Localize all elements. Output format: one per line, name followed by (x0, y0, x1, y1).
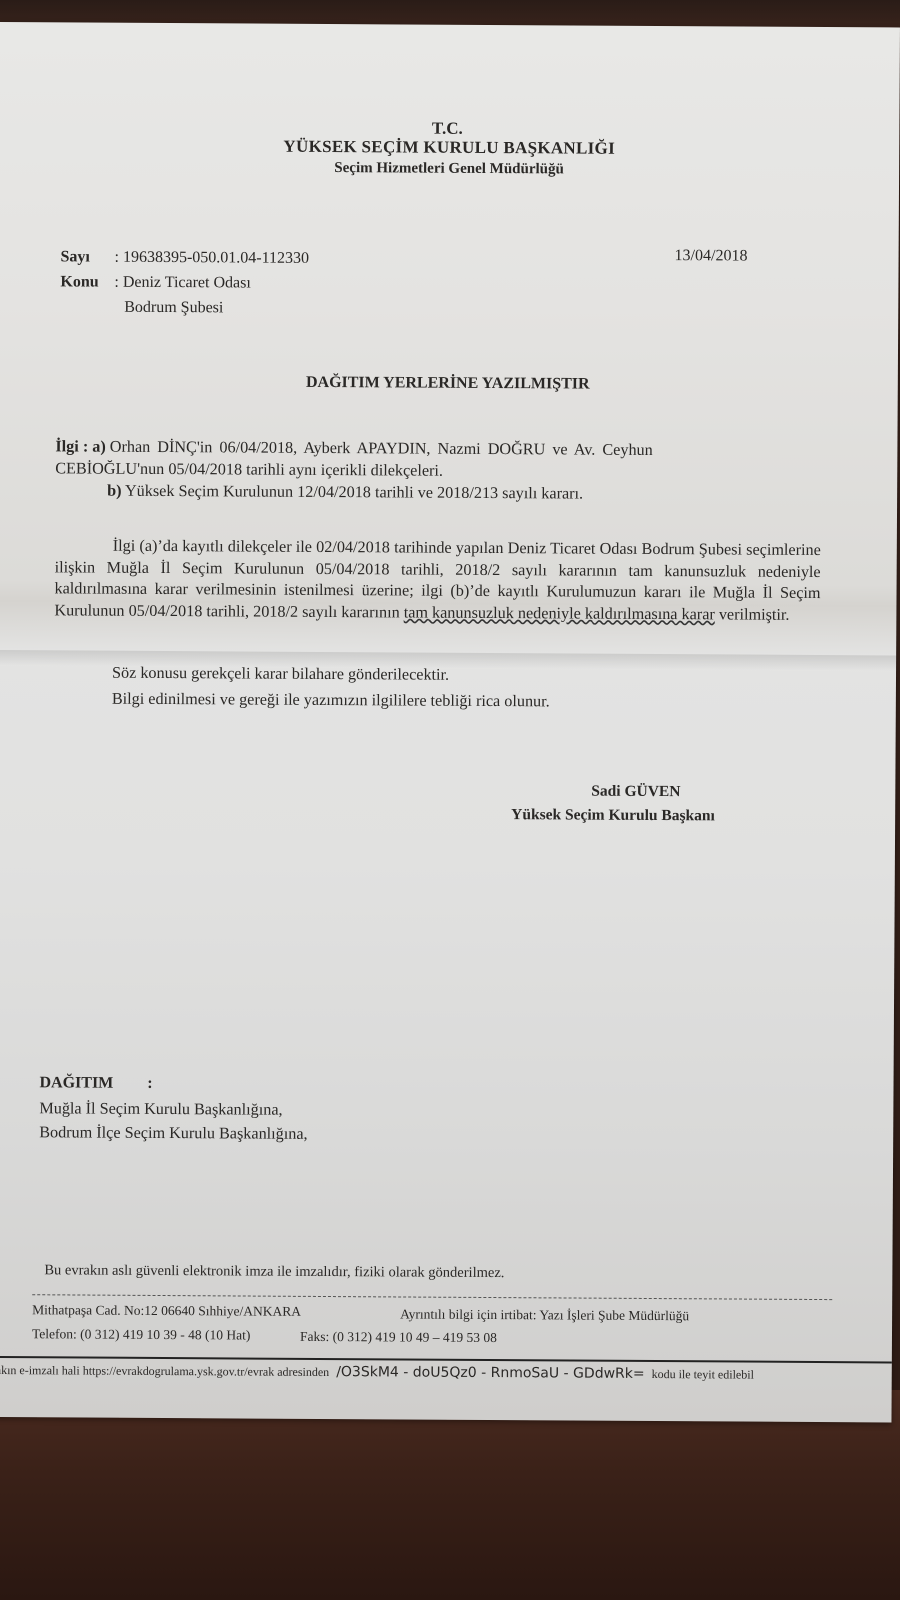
distribution-heading: DAĞITIM : (39, 1074, 152, 1093)
verification-suffix: kodu ile teyit edilebil (652, 1367, 754, 1382)
konu-value: : Deniz Ticaret Odası (114, 274, 251, 292)
sayi-value: : 19638395-050.01.04-112330 (115, 249, 310, 267)
footer-fax: Faks: (0 312) 419 10 49 – 419 53 08 (300, 1329, 497, 1346)
handwritten-underline-text: tam kanunsuzluk nedeniyle kaldırılmasına… (404, 603, 715, 623)
footer-dashed-divider (32, 1294, 832, 1300)
distribution-recipient: Bodrum İlçe Seçim Kurulu Başkanlığına, (39, 1122, 308, 1145)
letterhead-department: Seçim Hizmetleri Genel Müdürlüğü (0, 158, 899, 180)
letterhead-institution: YÜKSEK SEÇİM KURULU BAŞKANLIĞI (0, 135, 899, 160)
konu-label: Konu (60, 273, 114, 291)
sayi-row: Sayı: 19638395-050.01.04-112330 (61, 248, 310, 268)
ilgi-a-line1: İlgi : a) Orhan DİNÇ'in 06/04/2018, Aybe… (55, 436, 652, 461)
body-paragraph-3: Bilgi edinilmesi ve gereği ile yazımızın… (112, 689, 550, 713)
body-paragraph-1-end: verilmiştir. (715, 605, 790, 623)
konu-value-2: Bodrum Şubesi (124, 299, 223, 318)
document-title: DAĞITIM YERLERİNE YAZILMIŞTIR (0, 372, 898, 395)
ilgi-b-text: Yüksek Seçim Kurulunun 12/04/2018 tarihl… (125, 482, 583, 503)
ilgi-a-line2: CEBİOĞLU'nun 05/04/2018 tarihli aynı içe… (55, 458, 443, 481)
distribution-label: DAĞITIM (39, 1074, 113, 1091)
verification-line: rakın e-imzalı hali https://evrakdogrula… (0, 1362, 754, 1383)
body-paragraph-2: Söz konusu gerekçeli karar bilahare gönd… (112, 663, 449, 686)
distribution-recipient: Muğla İl Seçim Kurulu Başkanlığına, (39, 1098, 282, 1120)
ilgi-b-label: b) (107, 482, 122, 500)
ilgi-a-text: Orhan DİNÇ'in 06/04/2018, Ayberk APAYDIN… (110, 438, 653, 459)
footer-contact: Ayrıntılı bilgi için irtibat: Yazı İşler… (400, 1306, 689, 1324)
footer-phone: Telefon: (0 312) 419 10 39 - 48 (10 Hat) (32, 1326, 250, 1343)
ilgi-b-line: b) Yüksek Seçim Kurulunun 12/04/2018 tar… (107, 481, 583, 505)
signatory-title: Yüksek Seçim Kurulu Başkanı (511, 806, 715, 825)
verification-code: /O3SkM4 - doU5Qz0 - RnmoSaU - GDdwRk= (336, 1364, 645, 1382)
ilgi-label: İlgi : (55, 437, 88, 455)
konu-row: Konu: Deniz Ticaret Odası (60, 273, 251, 292)
document-page: T.C. YÜKSEK SEÇİM KURULU BAŞKANLIĞI Seçi… (0, 22, 900, 1422)
verification-url-text: rakın e-imzalı hali https://evrakdogrula… (0, 1363, 329, 1379)
body-paragraph-1: İlgi (a)’da kayıtlı dilekçeler ile 02/04… (54, 535, 821, 626)
footer-address: Mithatpaşa Cad. No:12 06640 Sıhhiye/ANKA… (32, 1302, 301, 1320)
sayi-label: Sayı (61, 248, 115, 266)
distribution-colon: : (147, 1075, 152, 1092)
esign-note: Bu evrakın aslı güvenli elektronik imza … (44, 1262, 504, 1282)
ilgi-a-label: a) (92, 438, 106, 456)
signatory-name: Sadi GÜVEN (591, 783, 680, 802)
document-date: 13/04/2018 (675, 247, 748, 265)
